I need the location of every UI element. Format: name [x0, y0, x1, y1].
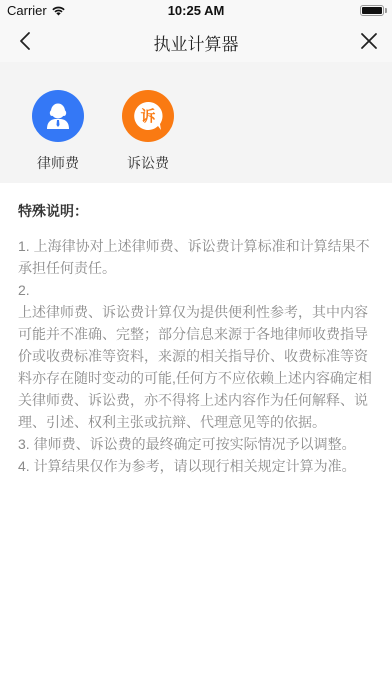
status-time: 10:25 AM	[0, 3, 392, 18]
tool-label: 诉讼费	[113, 153, 183, 173]
note-item: 4. 计算结果仅作为参考，请以现行相关规定计算为准。	[18, 455, 374, 477]
close-icon	[360, 32, 378, 50]
page-title: 执业计算器	[0, 30, 392, 55]
notes-body: 1. 上海律协对上述律师费、诉讼费计算标准和计算结果不承担任何责任。 2. 上述…	[18, 235, 374, 477]
tool-lawyer-fee[interactable]: 律师费	[23, 90, 93, 173]
status-bar: Carrier 10:25 AM	[0, 0, 392, 20]
notes-title: 特殊说明：	[18, 201, 374, 221]
tool-lawsuit-fee[interactable]: 诉 诉讼费	[113, 90, 183, 173]
lawsuit-icon: 诉	[122, 90, 174, 142]
lawyer-icon	[32, 90, 84, 142]
battery-tip	[385, 8, 387, 13]
tool-label: 律师费	[23, 153, 93, 173]
close-button[interactable]	[354, 26, 384, 56]
battery-icon	[360, 5, 384, 16]
note-item: 1. 上海律协对上述律师费、诉讼费计算标准和计算结果不承担任何责任。	[18, 235, 374, 279]
special-notes: 特殊说明： 1. 上海律协对上述律师费、诉讼费计算标准和计算结果不承担任何责任。…	[0, 183, 392, 477]
note-item: 2.	[18, 279, 374, 301]
note-item: 上述律师费、诉讼费计算仅为提供便利性参考，其中内容可能并不准确、完整；部分信息来…	[18, 301, 374, 433]
svg-text:诉: 诉	[140, 107, 155, 125]
tools-area: 律师费 诉 诉讼费	[0, 62, 392, 183]
nav-bar: 执业计算器	[0, 20, 392, 62]
note-item: 3. 律师费、诉讼费的最终确定可按实际情况予以调整。	[18, 433, 374, 455]
